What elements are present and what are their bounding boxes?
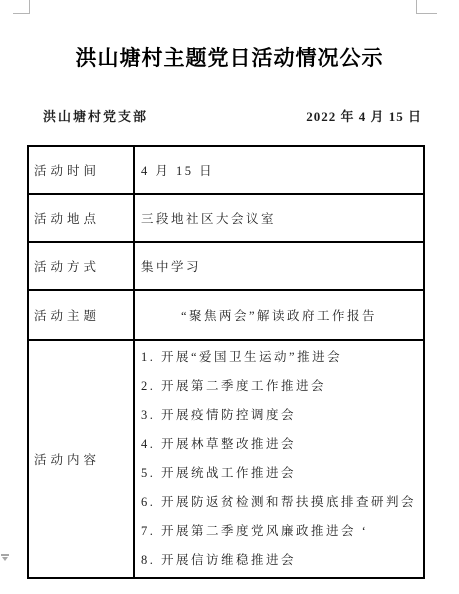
row-value-method: 集中学习 [134,242,424,290]
activity-table: 活动时间 4 月 15 日 活动地点 三段地社区大会议室 活动方式 集中学习 活… [27,145,425,579]
content-item-3: 3. 开展疫情防控调度会 [141,401,421,430]
row-value-location: 三段地社区大会议室 [134,194,424,242]
row-value-theme: “聚焦两会”解读政府工作报告 [134,290,424,340]
table-row-content: 活动内容 1. 开展“爱国卫生运动”推进会 2. 开展第二季度工作推进会 3. … [28,340,424,578]
row-label-location: 活动地点 [28,194,134,242]
object-anchor-icon [1,554,9,561]
row-label-theme: 活动主题 [28,290,134,340]
content-item-7: 7. 开展第二季度党风廉政推进会 ‘ [141,517,421,546]
byline-date: 2022 年 4 月 15 日 [306,106,422,125]
content-item-6: 6. 开展防返贫检测和帮扶摸底排查研判会 [141,488,421,517]
anchor-triangle [2,557,8,561]
row-label-content: 活动内容 [28,340,134,578]
byline-organization: 洪山塘村党支部 [43,106,148,125]
anchor-bar [1,554,9,556]
content-item-4: 4. 开展林草整改推进会 [141,430,421,459]
table-row-location: 活动地点 三段地社区大会议室 [28,194,424,242]
table-row-method: 活动方式 集中学习 [28,242,424,290]
content-item-1: 1. 开展“爱国卫生运动”推进会 [141,343,421,372]
page-title: 洪山塘村主题党日活动情况公示 [0,42,459,72]
table-row-time: 活动时间 4 月 15 日 [28,146,424,194]
margin-crop-mark-top-right-icon [416,0,437,14]
row-label-method: 活动方式 [28,242,134,290]
row-value-time: 4 月 15 日 [134,146,424,194]
margin-crop-mark-top-left-icon [13,0,30,14]
row-value-content: 1. 开展“爱国卫生运动”推进会 2. 开展第二季度工作推进会 3. 开展疫情防… [134,340,424,578]
content-item-8: 8. 开展信访维稳推进会 [141,546,421,575]
table-row-theme: 活动主题 “聚焦两会”解读政府工作报告 [28,290,424,340]
byline: 洪山塘村党支部 2022 年 4 月 15 日 [43,106,422,125]
content-item-2: 2. 开展第二季度工作推进会 [141,372,421,401]
content-item-5: 5. 开展统战工作推进会 [141,459,421,488]
document-page: 洪山塘村主题党日活动情况公示 洪山塘村党支部 2022 年 4 月 15 日 活… [0,0,459,594]
row-label-time: 活动时间 [28,146,134,194]
